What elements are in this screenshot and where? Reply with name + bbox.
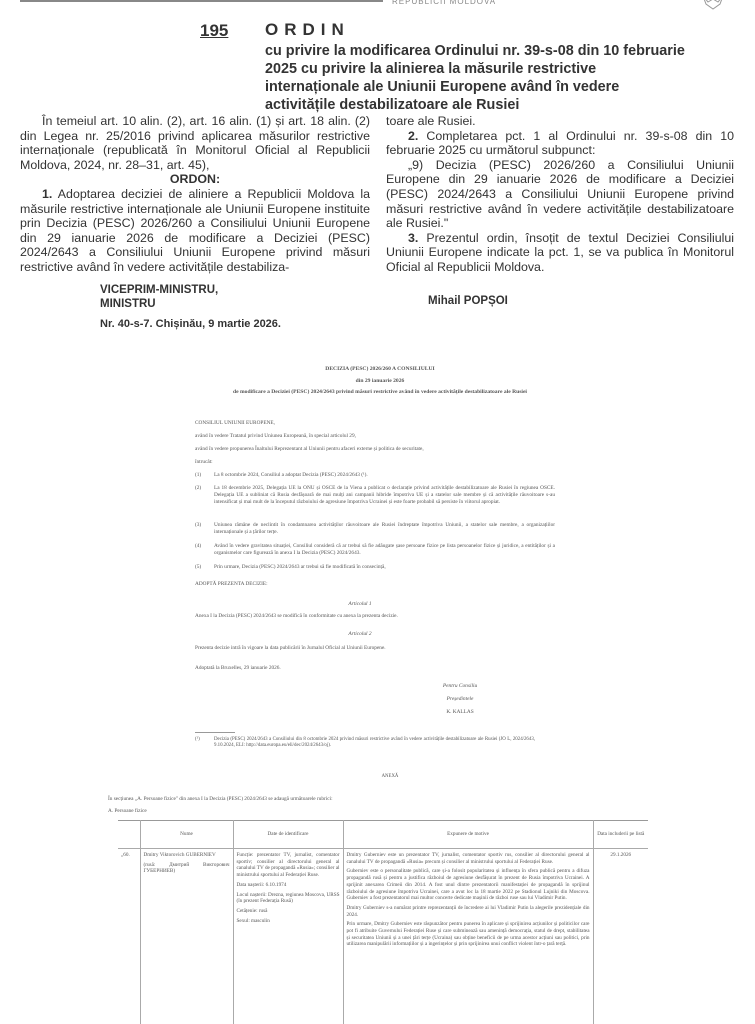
row-name: Dmitry Viktorovich GUBERNIEV (rusă: Дмит… <box>140 849 233 1024</box>
recital: (3) Uniunea rămâne de neclintit în conda… <box>195 522 555 536</box>
recital: (5) Prin urmare, Decizia (PESC) 2024/264… <box>195 564 555 571</box>
for-council: Pentru Consiliu <box>420 683 500 689</box>
signatory-name: Mihail POPȘOI <box>428 295 508 307</box>
row-date-listed: 29.1.2026 <box>593 849 648 1024</box>
top-rule <box>20 0 383 2</box>
row-reasons: Dmitry Guberniev este un prezentator TV,… <box>343 849 593 1024</box>
masthead: REPUBLICII MOLDOVA <box>392 0 496 6</box>
recital: (4) Având în vedere gravitatea situației… <box>195 543 555 557</box>
sanctions-table: Nume Date de identificare Expunere de mo… <box>118 820 648 1024</box>
eu-whereas: întrucât: <box>195 459 213 466</box>
order-title: ORDIN <box>265 20 350 40</box>
preamble: În temeiul art. 10 alin. (2), art. 16 al… <box>20 114 370 172</box>
signatory-role-line2: MINISTRU <box>100 297 218 311</box>
recital-number: (1) <box>195 472 214 479</box>
point-2: 2. Completarea pct. 1 al Ordinului nr. 3… <box>386 129 734 158</box>
id-citizenship: Cetățenie: rusă <box>237 908 340 915</box>
order-body-right: toare ale Rusiei. 2. Completarea pct. 1 … <box>386 114 734 275</box>
eu-council: CONSILIUL UNIUNII EUROPENE, <box>195 420 275 427</box>
order-subtitle: cu privire la modificarea Ordinului nr. … <box>265 42 685 114</box>
annex-section: A. Persoane fizice <box>108 808 147 815</box>
point-3-text: Prezentul ordin, însoțit de textul Deciz… <box>386 231 734 274</box>
point-1: 1. Adoptarea deciziei de aliniere a Repu… <box>20 187 370 275</box>
eu-decision-title: DECIZIA (PESC) 2026/260 A CONSILIULUI <box>180 366 580 372</box>
president-label: Președintele <box>420 696 500 702</box>
eu-adopts: ADOPTĂ PREZENTA DECIZIE: <box>195 581 268 588</box>
recital-text: La 18 decembrie 2025, Delegația UE la ON… <box>214 485 555 506</box>
recital-number: (3) <box>195 522 214 536</box>
president-name: K. KALLAS <box>420 709 500 716</box>
eu-decision-date: din 29 ianuarie 2026 <box>180 378 580 384</box>
row-identification: Funcție: prezentator TV, jurnalist, come… <box>233 849 343 1024</box>
annex-heading: ANEXĂ <box>180 774 600 781</box>
recital-number: (5) <box>195 564 214 571</box>
point-2-text: Completarea pct. 1 al Ordinului nr. 39-s… <box>386 129 734 158</box>
id-sex: Sexul: masculin <box>237 918 340 925</box>
article-2-text: Prezenta decizie intră în vigoare la dat… <box>195 645 386 652</box>
col-header-identification: Date de identificare <box>233 821 343 849</box>
recital-number: (2) <box>195 485 214 506</box>
point-2-number: 2. <box>408 129 418 143</box>
reason-paragraph: Dmitry Guberniev s-a numărat printre rep… <box>347 905 590 918</box>
recital-text: La 8 octombrie 2024, Consiliul a adoptat… <box>214 472 555 479</box>
point-3: 3. Prezentul ordin, însoțit de textul De… <box>386 231 734 275</box>
id-function: Funcție: prezentator TV, jurnalist, come… <box>237 852 340 879</box>
done-at: Adoptată la Bruxelles, 29 ianuarie 2026. <box>195 665 281 672</box>
row-number: „60. <box>118 849 140 1024</box>
table-row: „60. Dmitry Viktorovich GUBERNIEV (rusă:… <box>118 849 648 1024</box>
coat-of-arms-icon <box>700 0 726 10</box>
article-2-heading: Articolul 2 <box>180 631 540 637</box>
signatory-role: VICEPRIM-MINISTRU, MINISTRU <box>100 283 218 311</box>
order-number: 195 <box>200 21 228 41</box>
footnote: (¹) Decizia (PESC) 2024/2643 a Consiliul… <box>195 737 535 750</box>
eu-having-regard-1: având în vedere Tratatul privind Uniunea… <box>195 433 356 440</box>
person-name-native: (rusă: Дмитрий Викторович ГУБЕРНИЕВ) <box>144 862 230 875</box>
eu-having-regard-2: având în vedere propunerea Înaltului Rep… <box>195 446 424 453</box>
footnote-rule <box>195 732 235 733</box>
reason-paragraph: Guberniev este o personalitate publică, … <box>347 868 590 902</box>
recital: (2) La 18 decembrie 2025, Delegația UE l… <box>195 485 555 506</box>
signatory-role-line1: VICEPRIM-MINISTRU, <box>100 283 218 297</box>
id-birth-date: Data nașterii: 6.10.1974 <box>237 882 340 889</box>
point-1-number: 1. <box>42 187 52 201</box>
person-name: Dmitry Viktorovich GUBERNIEV <box>144 852 230 859</box>
point-2-quote: „9) Decizia (PESC) 2026/260 a Consiliulu… <box>386 158 734 231</box>
article-1-heading: Articolul 1 <box>180 601 540 607</box>
col-header-name: Nume <box>140 821 233 849</box>
point-3-number: 3. <box>408 231 418 245</box>
annex-intro: În secțiunea „A. Persoane fizice" din an… <box>108 796 333 803</box>
col-header-date-listed: Data includerii pe listă <box>593 821 648 849</box>
order-reference: Nr. 40-s-7. Chișinău, 9 martie 2026. <box>100 318 281 330</box>
col-header-number <box>118 821 140 849</box>
point-1-continuation: toare ale Rusiei. <box>386 114 734 129</box>
order-body-left: În temeiul art. 10 alin. (2), art. 16 al… <box>20 114 370 275</box>
ordon-heading: ORDON: <box>20 172 370 187</box>
col-header-reasons: Expunere de motive <box>343 821 593 849</box>
footnote-text: Decizia (PESC) 2024/2643 a Consiliului d… <box>214 737 535 750</box>
recital-text: Prin urmare, Decizia (PESC) 2024/2643 ar… <box>214 564 555 571</box>
eu-decision-subject: de modificare a Deciziei (PESC) 2024/264… <box>215 389 545 396</box>
point-1-text: Adoptarea deciziei de aliniere a Republi… <box>20 187 370 274</box>
recital-text: Având în vedere gravitatea situației, Co… <box>214 543 555 557</box>
reason-paragraph: Dmitry Guberniev este un prezentator TV,… <box>347 852 590 865</box>
recital-number: (4) <box>195 543 214 557</box>
table-header-row: Nume Date de identificare Expunere de mo… <box>118 821 648 849</box>
recital: (1) La 8 octombrie 2024, Consiliul a ado… <box>195 472 555 479</box>
id-birth-place: Locul nașterii: Drezna, regiunea Moscova… <box>237 892 340 905</box>
footnote-number: (¹) <box>195 737 214 750</box>
reason-paragraph: Prin urmare, Dmitry Guberniev este răspu… <box>347 921 590 948</box>
article-1-text: Anexa I la Decizia (PESC) 2024/2643 se m… <box>195 613 398 620</box>
recital-text: Uniunea rămâne de neclintit în condamnar… <box>214 522 555 536</box>
